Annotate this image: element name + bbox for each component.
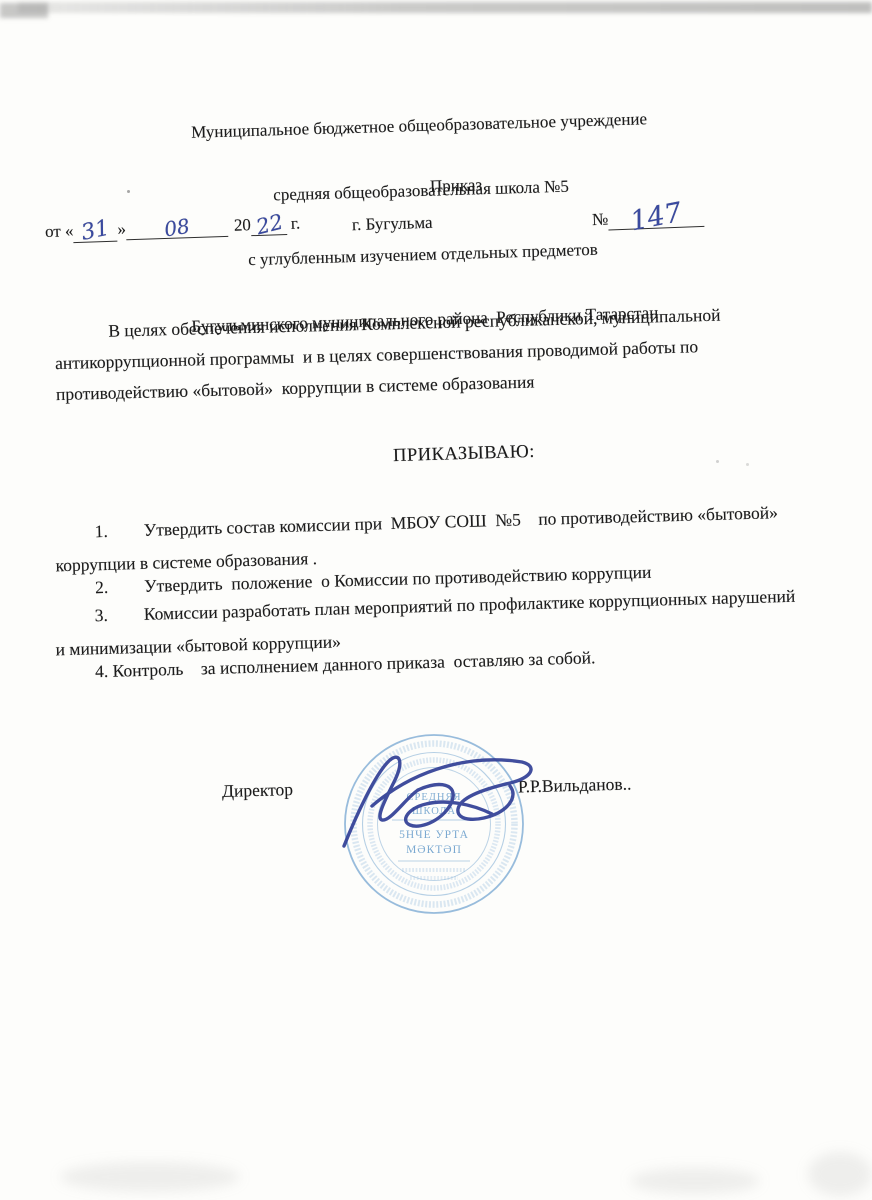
item-gap [108,592,144,593]
handwritten-day: 31 [80,216,113,246]
scan-smudge [630,1168,760,1194]
signer-role: Директор [222,779,294,802]
city-label: г. Бугульма [352,213,433,235]
number-sign: № [592,210,609,230]
handwritten-number: 147 [630,203,684,233]
item-gap [108,536,144,537]
date-month-blank: 08 [125,212,228,240]
date-year-blank: 22 [250,210,287,236]
scanned-order-document: Муниципальное бюджетное общеобразователь… [0,0,872,1200]
item-number: 3. [94,605,108,625]
date-prefix: от « [45,221,74,241]
scan-edge-corner [0,3,48,18]
date-suffix: г. [291,214,301,233]
item-gap [108,620,144,621]
preamble-paragraph: В целях обеспечения исполнения Комплексн… [54,297,828,410]
signature [320,734,564,866]
date-year-printed: 20 [234,215,252,235]
scan-smudge [808,1152,872,1196]
date-day-blank: 31 [73,216,118,243]
scan-smudge [60,1162,240,1192]
handwritten-month: 08 [163,214,192,242]
item-number: 1. [94,521,108,541]
number-blank: 147 [608,203,705,231]
item-number: 2. [95,577,109,597]
ink-speck [746,463,749,466]
resolution-heading: ПРИКАЗЫВАЮ: [28,431,872,478]
ink-speck [716,460,719,463]
letterhead-line: Муниципальное бюджетное общеобразователь… [0,102,855,149]
handwritten-year: 22 [253,210,285,240]
order-number: №147 [592,203,705,231]
scan-edge-band [18,2,872,13]
